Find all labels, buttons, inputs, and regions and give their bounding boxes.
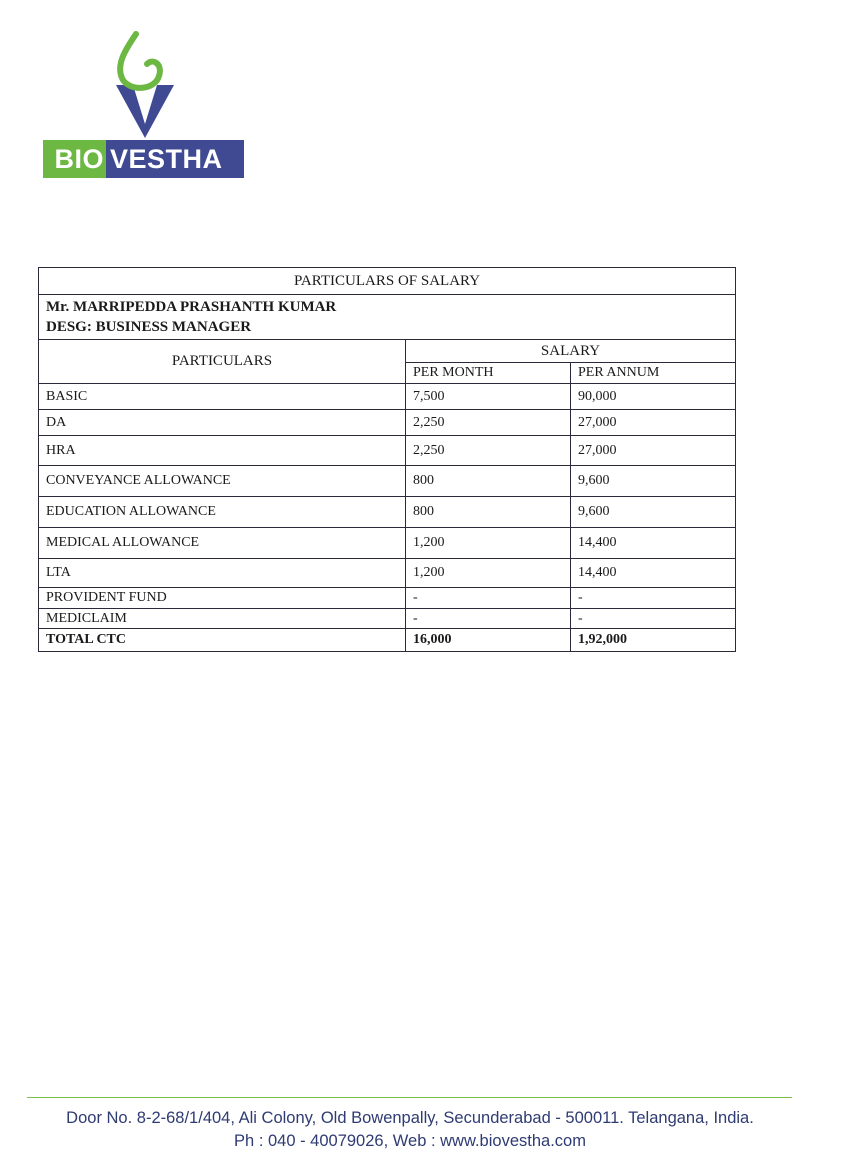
row-per-annum: 14,400 [571,559,736,588]
total-row: TOTAL CTC 16,000 1,92,000 [39,629,736,652]
employee-info: Mr. MARRIPEDDA PRASHANTH KUMAR DESG: BUS… [39,295,736,340]
table-row: CONVEYANCE ALLOWANCE 800 9,600 [39,466,736,497]
row-per-month: 2,250 [406,410,571,436]
row-per-month: 7,500 [406,384,571,410]
total-per-annum: 1,92,000 [571,629,736,652]
row-per-month: 1,200 [406,559,571,588]
row-per-month: 800 [406,466,571,497]
employee-row: Mr. MARRIPEDDA PRASHANTH KUMAR DESG: BUS… [39,295,736,340]
row-per-month: 800 [406,497,571,528]
row-per-annum: 90,000 [571,384,736,410]
particulars-header: PARTICULARS [39,340,406,384]
logo-wordmark: BIO VESTHA [43,140,244,178]
employee-name: Mr. MARRIPEDDA PRASHANTH KUMAR [46,297,728,317]
salary-particulars-table: PARTICULARS OF SALARY Mr. MARRIPEDDA PRA… [38,267,736,652]
biovestha-drop-v-icon [43,28,244,140]
header-row: PARTICULARS SALARY [39,340,736,363]
table-row: MEDICLAIM - - [39,609,736,629]
row-per-annum: 27,000 [571,410,736,436]
footer: Door No. 8-2-68/1/404, Ali Colony, Old B… [0,1107,820,1153]
table-title-row: PARTICULARS OF SALARY [39,268,736,295]
row-per-month: - [406,609,571,629]
row-label: DA [39,410,406,436]
row-per-annum: - [571,609,736,629]
per-annum-header: PER ANNUM [571,363,736,384]
row-label: BASIC [39,384,406,410]
row-label: MEDICLAIM [39,609,406,629]
table-row: DA 2,250 27,000 [39,410,736,436]
row-label: CONVEYANCE ALLOWANCE [39,466,406,497]
total-label: TOTAL CTC [39,629,406,652]
table-row: LTA 1,200 14,400 [39,559,736,588]
table-row: HRA 2,250 27,000 [39,436,736,466]
table-title: PARTICULARS OF SALARY [39,268,736,295]
row-per-month: - [406,588,571,609]
footer-address: Door No. 8-2-68/1/404, Ali Colony, Old B… [0,1107,820,1130]
row-label: LTA [39,559,406,588]
table-row: EDUCATION ALLOWANCE 800 9,600 [39,497,736,528]
row-per-annum: 9,600 [571,466,736,497]
row-per-month: 1,200 [406,528,571,559]
row-per-month: 2,250 [406,436,571,466]
row-label: PROVIDENT FUND [39,588,406,609]
footer-divider [27,1097,792,1098]
row-label: MEDICAL ALLOWANCE [39,528,406,559]
table-row: BASIC 7,500 90,000 [39,384,736,410]
row-per-annum: 14,400 [571,528,736,559]
per-month-header: PER MONTH [406,363,571,384]
footer-contact: Ph : 040 - 40079026, Web : www.biovestha… [0,1130,820,1153]
salary-header: SALARY [406,340,736,363]
total-per-month: 16,000 [406,629,571,652]
table-row: PROVIDENT FUND - - [39,588,736,609]
table-row: MEDICAL ALLOWANCE 1,200 14,400 [39,528,736,559]
row-per-annum: 27,000 [571,436,736,466]
company-logo: BIO VESTHA [43,28,244,180]
row-per-annum: 9,600 [571,497,736,528]
logo-vestha-text: VESTHA [106,140,244,178]
employee-designation: DESG: BUSINESS MANAGER [46,317,728,337]
row-label: EDUCATION ALLOWANCE [39,497,406,528]
row-label: HRA [39,436,406,466]
row-per-annum: - [571,588,736,609]
logo-bio-text: BIO [43,140,106,178]
